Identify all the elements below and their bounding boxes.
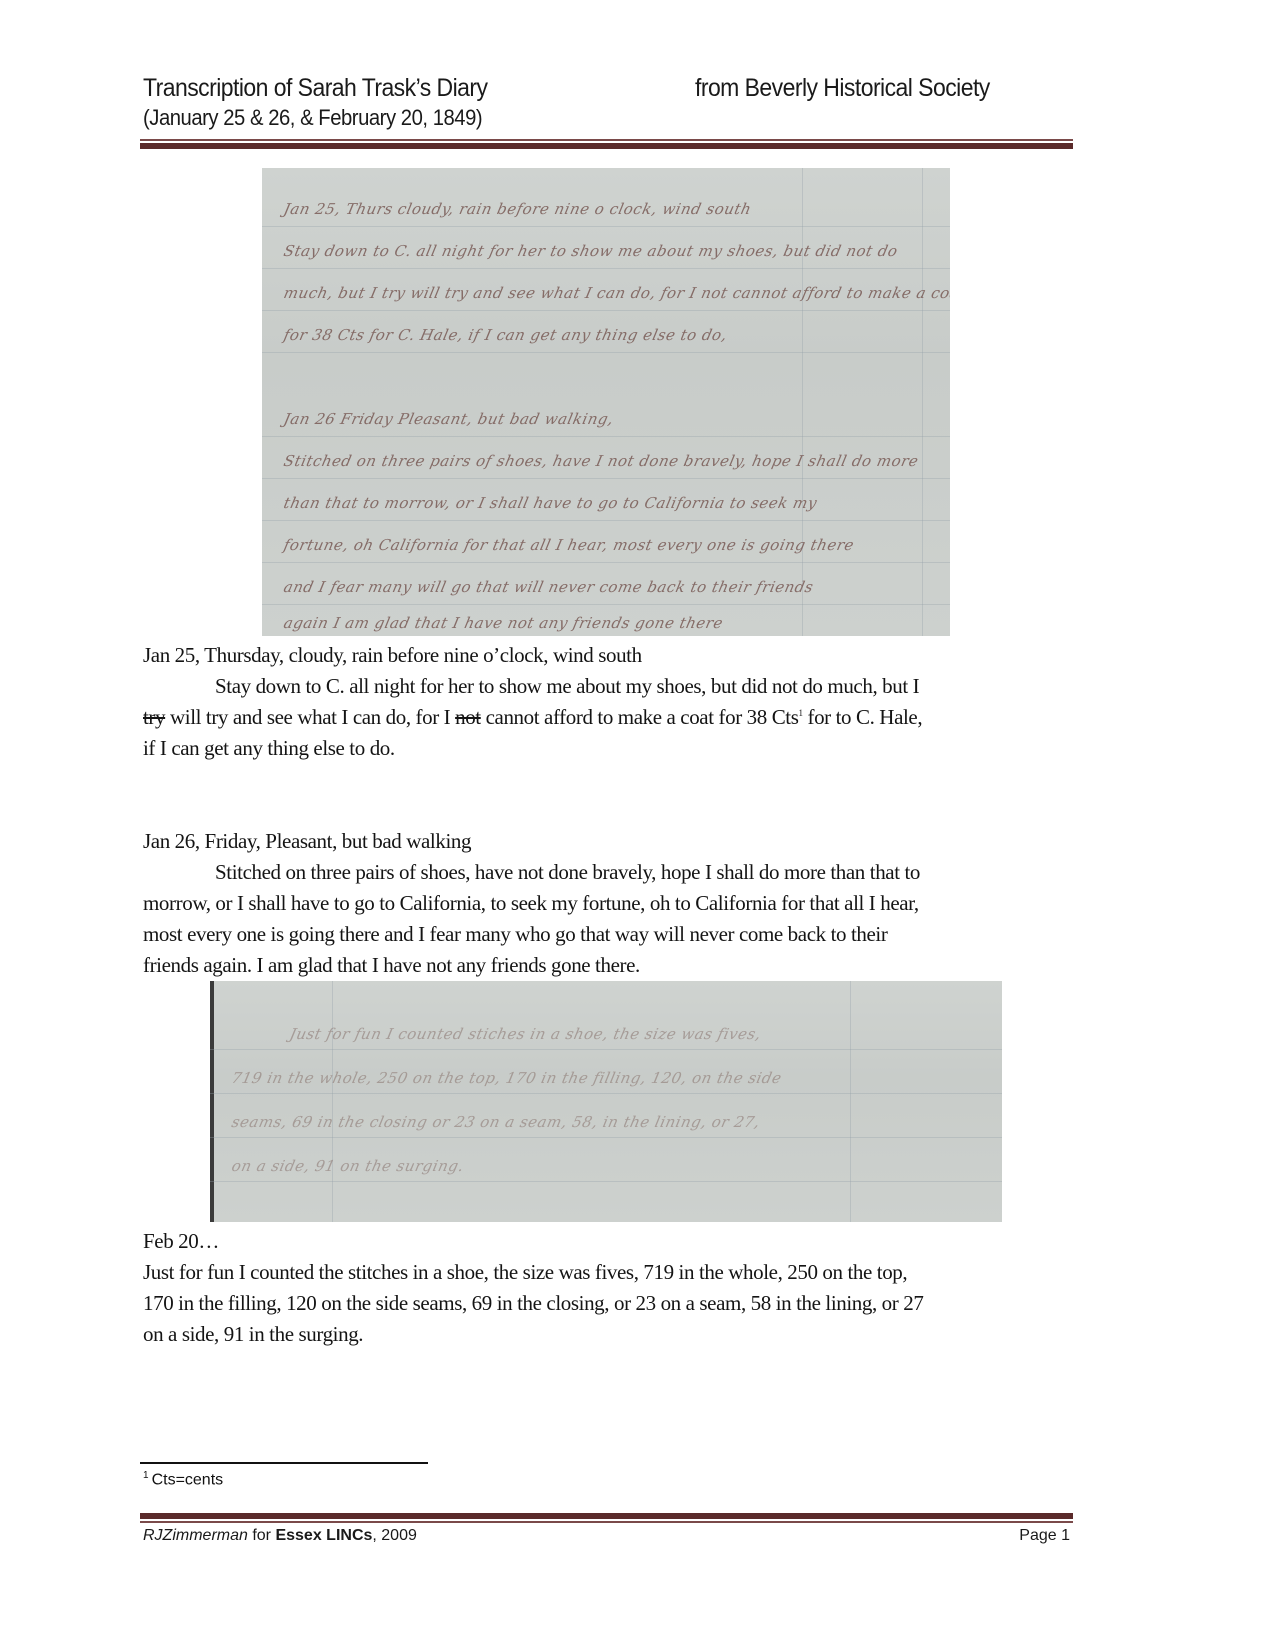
struck-text: try [143,705,165,729]
entry-jan-25: Jan 25, Thursday, cloudy, rain before ni… [143,640,1073,764]
entry-text: morrow, or I shall have to go to Califor… [143,888,1073,919]
entry-text: friends again. I am glad that I have not… [143,950,1073,981]
footer-author: RJZimmerman [143,1527,248,1544]
page-number: Page 1 [1019,1527,1070,1545]
paper-margin-line [922,168,923,636]
entry-text: Just for fun I counted the stitches in a… [143,1257,1073,1288]
paper-ruling [210,1137,1002,1138]
handwriting-line: Jan 26 Friday Pleasant, but bad walking, [282,410,615,428]
handwriting-line: again I am glad that I have not any frie… [282,614,725,632]
paper-ruling [262,226,950,227]
entry-text: try will try and see what I can do, for … [143,702,1073,733]
entry-text-span: cannot afford to make a coat for 38 Cts [481,705,799,729]
manuscript-image-feb: Just for fun I counted stiches in a shoe… [210,981,1002,1222]
footer-year: , 2009 [372,1527,416,1544]
paper-ruling [262,310,950,311]
entry-text: if I can get any thing else to do. [143,733,1073,764]
paper-ruling [262,604,950,605]
footer-credit: RJZimmerman for Essex LINCs, 2009 [143,1527,417,1545]
header-rule-thick [140,143,1073,149]
handwriting-line: Stitched on three pairs of shoes, have I… [282,452,920,470]
handwriting-line: seams, 69 in the closing or 23 on a seam… [230,1113,762,1131]
paper-ruling [262,268,950,269]
handwriting-line: on a side, 91 on the surging. [230,1157,466,1175]
footer-org: Essex LINCs [275,1527,372,1544]
footer-for: for [248,1527,276,1544]
handwriting-line: and I fear many will go that will never … [282,578,815,596]
entry-text: on a side, 91 in the surging. [143,1319,1073,1350]
paper-ruling [210,1181,1002,1182]
handwriting-line: fortune, oh California for that all I he… [282,536,856,554]
entry-text: most every one is going there and I fear… [143,919,1073,950]
paper-ruling [262,562,950,563]
paper-ruling [262,520,950,521]
handwriting-line: for 38 Cts for C. Hale, if I can get any… [282,326,729,344]
footnote-separator [140,1462,428,1464]
paper-margin-line [802,168,803,636]
header-subtitle: (January 25 & 26, & February 20, 1849) [143,104,482,132]
paper-ruling [210,1093,1002,1094]
paper-margin-line [850,981,851,1222]
paper-margin-line [332,981,333,1222]
footer-rule-thin [140,1521,1073,1523]
book-binding-edge [210,981,214,1222]
manuscript-image-jan: Jan 25, Thurs cloudy, rain before nine o… [262,168,950,636]
struck-text: not [455,705,481,729]
entry-heading: Jan 25, Thursday, cloudy, rain before ni… [143,640,1073,671]
entry-text: Stitched on three pairs of shoes, have n… [143,857,1073,888]
entry-jan-26: Jan 26, Friday, Pleasant, but bad walkin… [143,826,1073,981]
paper-ruling [262,352,950,353]
header-rule-thin [140,139,1073,141]
handwriting-line: than that to morrow, or I shall have to … [282,494,819,512]
paper-ruling [210,1049,1002,1050]
handwriting-line: 719 in the whole, 250 on the top, 170 in… [230,1069,783,1087]
entry-heading: Jan 26, Friday, Pleasant, but bad walkin… [143,826,1073,857]
entry-feb-20: Feb 20… Just for fun I counted the stitc… [143,1226,1073,1350]
footnote-text: Cts=cents [152,1471,224,1488]
entry-heading: Feb 20… [143,1226,1073,1257]
entry-text-span: will try and see what I can do, for I [165,705,455,729]
paper-ruling [262,478,950,479]
entry-text-span: for to C. Hale, [803,705,923,729]
handwriting-line: Stay down to C. all night for her to sho… [282,242,899,260]
header-title: Transcription of Sarah Trask’s Diary [143,72,487,104]
entry-text: 170 in the filling, 120 on the side seam… [143,1288,1073,1319]
footnote-number: 1 [143,1470,149,1481]
paper-ruling [262,436,950,437]
footer-rule-thick [140,1513,1073,1519]
header-source: from Beverly Historical Society [695,72,990,104]
handwriting-line: Just for fun I counted stiches in a shoe… [288,1025,763,1043]
handwriting-line: much, but I try will try and see what I … [282,284,950,302]
handwriting-line: Jan 25, Thurs cloudy, rain before nine o… [282,200,753,218]
entry-text: Stay down to C. all night for her to sho… [143,671,1073,702]
footnote: 1Cts=cents [143,1470,223,1489]
